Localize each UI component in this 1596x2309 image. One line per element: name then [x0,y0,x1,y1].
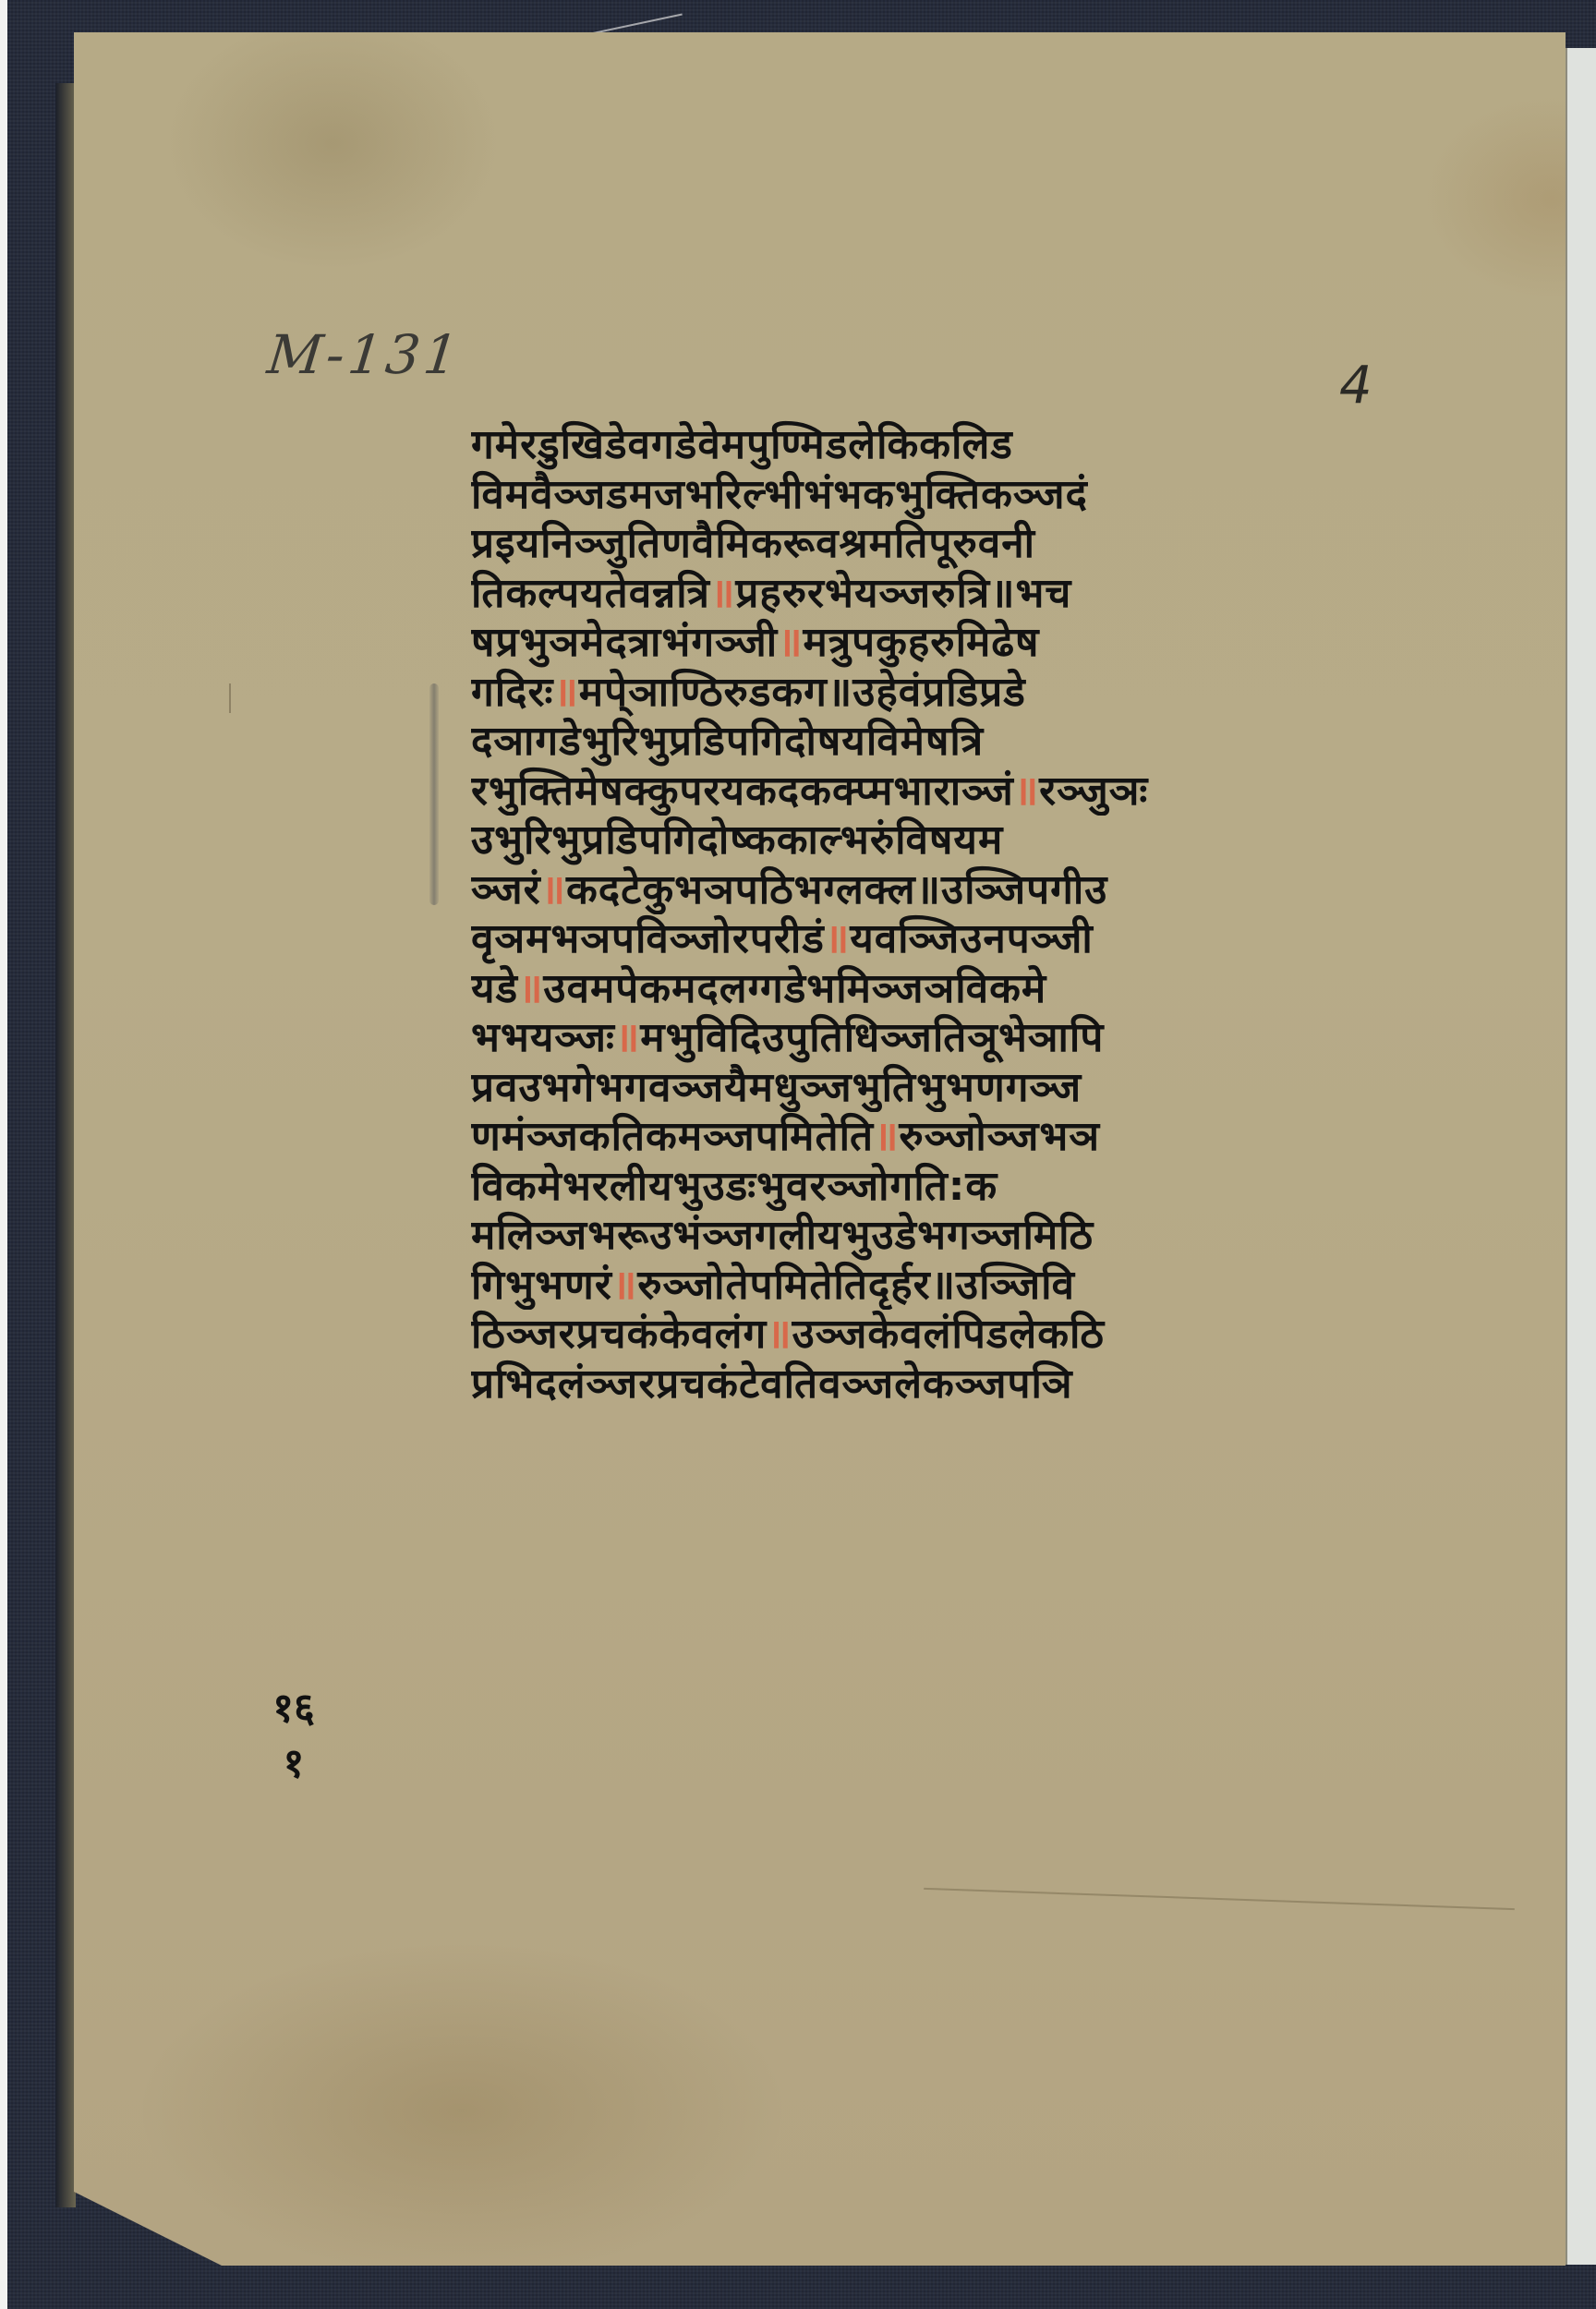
line-text-segment: रञ्जुञः [1039,768,1148,815]
line-text-segment: मपे्ञाण्ठिरुडकग॥उहेवंप्रडिप्रडे [579,669,1026,716]
scan-edge-left [0,0,7,2309]
line-text-segment: ञ्जरं [471,866,541,913]
manuscript-line: गिभुभणरं॥रुञ्जोतेपमितेतिदृर्हर॥उञ्जिवि [471,1261,1330,1311]
line-text-segment: प्रइयनिञ्जुतिणवैमिकरूवश्रमतिपूरुवनी [471,520,1035,567]
manuscript-line: विकमेभरलीयभुउडःभुवरञ्जोगति:क [471,1162,1330,1212]
manuscript-line: विमवैञ्जडमजभरिल्भीभंभकभुक्तिकञ्जदं [471,470,1330,520]
manuscript-line: षप्रभुञमेदत्राभंगञ्जी॥मत्रुपकुहरुमिढेष [471,618,1330,668]
manuscript-line: उभुरिभुप्रडिपगिदोष्ककाल्भरुंविषयम [471,816,1330,865]
line-text-segment: रुञ्जोतेपमितेतिदृर्हर॥उञ्जिवि [637,1262,1075,1309]
line-text-segment: रभुक्तिमेषक्कुपरयकदकक्प्मभाराञ्जं [471,768,1014,815]
red-danda-punctuation: ॥ [612,1262,637,1309]
page-edge-shadow [55,83,76,2207]
line-text-segment: उञ्जकेवलंपिडलेकठि [792,1311,1105,1358]
manuscript-line: तिकल्पयतेवन्नत्रि॥प्रहरुरभेयञ्जरुत्रि॥भच [471,569,1330,619]
line-text-segment: णमंञ्जकतिकमञ्जपमितेति [471,1113,874,1160]
manuscript-line: प्रइयनिञ्जुतिणवैमिकरूवश्रमतिपूरुवनी [471,519,1330,569]
shelfmark-label: M-131 [264,323,465,386]
line-text-segment: मलिञ्जभरूउभंञ्जगलीयभुउडेभगञ्जमिठि [471,1212,1094,1259]
backing-paper-strip [1566,48,1596,2265]
manuscript-line: णमंञ्जकतिकमञ्जपमितेति॥रुञ्जोञ्जभञ [471,1112,1330,1162]
red-danda-punctuation: ॥ [553,669,578,716]
red-danda-punctuation: ॥ [518,965,543,1012]
manuscript-line: गदिरः॥मपे्ञाण्ठिरुडकग॥उहेवंप्रडिप्रडे [471,668,1330,718]
manuscript-line: ञ्जरं॥कदटेकुभञपठिभग्लक्ल॥उञ्जिपगीउ [471,865,1330,915]
manuscript-line: यडे॥उवमपेकमदलग्गडेभमिञ्जञविकमे [471,964,1330,1014]
pencil-margin-mark [429,683,439,905]
red-danda-punctuation: ॥ [1014,768,1039,815]
manuscript-line: मलिञ्जभरूउभंञ्जगलीयभुउडेभगञ्जमिठि [471,1211,1330,1261]
margin-folio-numeral: १६ १ [238,1681,349,1792]
manuscript-line: दञागडेभुरिभुप्रडिपगिदोषयविमेषत्रि [471,717,1330,767]
manuscript-text-block: गमेरडुखिडेवगडेवेमपुण्मिडलेकिकलिडविमवैञ्ज… [471,420,1330,1408]
red-danda-punctuation: ॥ [541,866,566,913]
red-danda-punctuation: ॥ [778,619,803,666]
line-text-segment: उवमपेकमदलग्गडेभमिञ्जञविकमे [543,965,1046,1012]
line-text-segment: प्रभिदलंञ्जरप्रचकंटेवतिवञ्जलेकञ्जपञि [471,1360,1073,1408]
red-danda-punctuation: ॥ [767,1311,792,1358]
line-text-segment: कदटेकुभञपठिभग्लक्ल॥उञ्जिपगीउ [566,866,1107,913]
margin-numeral-line-1: १६ [238,1681,349,1736]
red-danda-punctuation: ॥ [825,915,850,962]
manuscript-line: भभयञ्जः॥मभुविदिउपुतिधिञ्जतिञूभेञापि [471,1013,1330,1063]
line-text-segment: यडे [471,965,518,1012]
red-danda-punctuation: ॥ [710,570,735,617]
line-text-segment: दञागडेभुरिभुप्रडिपगिदोषयविमेषत्रि [471,718,984,765]
red-danda-punctuation: ॥ [615,1014,640,1061]
manuscript-line: ठिञ्जरप्रचकंकेवलंग॥उञ्जकेवलंपिडलेकठि [471,1310,1330,1360]
manuscript-line: वृञमभञपविञ्जोरपरीडं॥यवञ्जिउनपञ्जी [471,914,1330,964]
line-text-segment: मभुविदिउपुतिधिञ्जतिञूभेञापि [640,1014,1104,1061]
line-text-segment: विमवैञ्जडमजभरिल्भीभंभकभुक्तिकञ्जदं [471,471,1088,518]
line-text-segment: ठिञ्जरप्रचकंकेवलंग [471,1311,767,1358]
line-text-segment: रुञ्जोञ्जभञ [899,1113,1100,1160]
red-danda-punctuation: ॥ [874,1113,899,1160]
margin-numeral-line-2: १ [238,1736,349,1792]
line-text-segment: भभयञ्जः [471,1014,615,1061]
line-text-segment: प्रहरुरभेयञ्जरुत्रि॥भच [735,570,1071,617]
manuscript-line: प्रवउभगेभगवञ्जयैमधुञ्जभुतिभुभणगञ्ज [471,1063,1330,1113]
line-text-segment: उभुरिभुप्रडिपगिदोष्ककाल्भरुंविषयम [471,816,1003,864]
line-text-segment: गदिरः [471,669,553,716]
line-text-segment: मत्रुपकुहरुमिढेष [804,619,1040,666]
line-text-segment: षप्रभुञमेदत्राभंगञ्जी [471,619,778,666]
line-text-segment: यवञ्जिउनपञ्जी [850,915,1094,962]
line-text-segment: गिभुभणरं [471,1262,612,1309]
line-text-segment: तिकल्पयतेवन्नत्रि [471,570,710,617]
manuscript-line: रभुक्तिमेषक्कुपरयकदकक्प्मभाराञ्जं॥रञ्जुञ… [471,767,1330,816]
folio-number: 4 [1339,356,1372,416]
line-text-segment: गमेरडुखिडेवगडेवेमपुण्मिडलेकिकलिड [471,421,1013,468]
line-text-segment: प्रवउभगेभगवञ्जयैमधुञ्जभुतिभुभणगञ्ज [471,1064,1082,1111]
line-text-segment: विकमेभरलीयभुउडःभुवरञ्जोगति:क [471,1163,997,1210]
margin-scratch [229,683,231,713]
manuscript-line: प्रभिदलंञ्जरप्रचकंटेवतिवञ्जलेकञ्जपञि [471,1360,1330,1409]
manuscript-line: गमेरडुखिडेवगडेवेमपुण्मिडलेकिकलिड [471,420,1330,470]
line-text-segment: वृञमभञपविञ्जोरपरीडं [471,915,825,962]
